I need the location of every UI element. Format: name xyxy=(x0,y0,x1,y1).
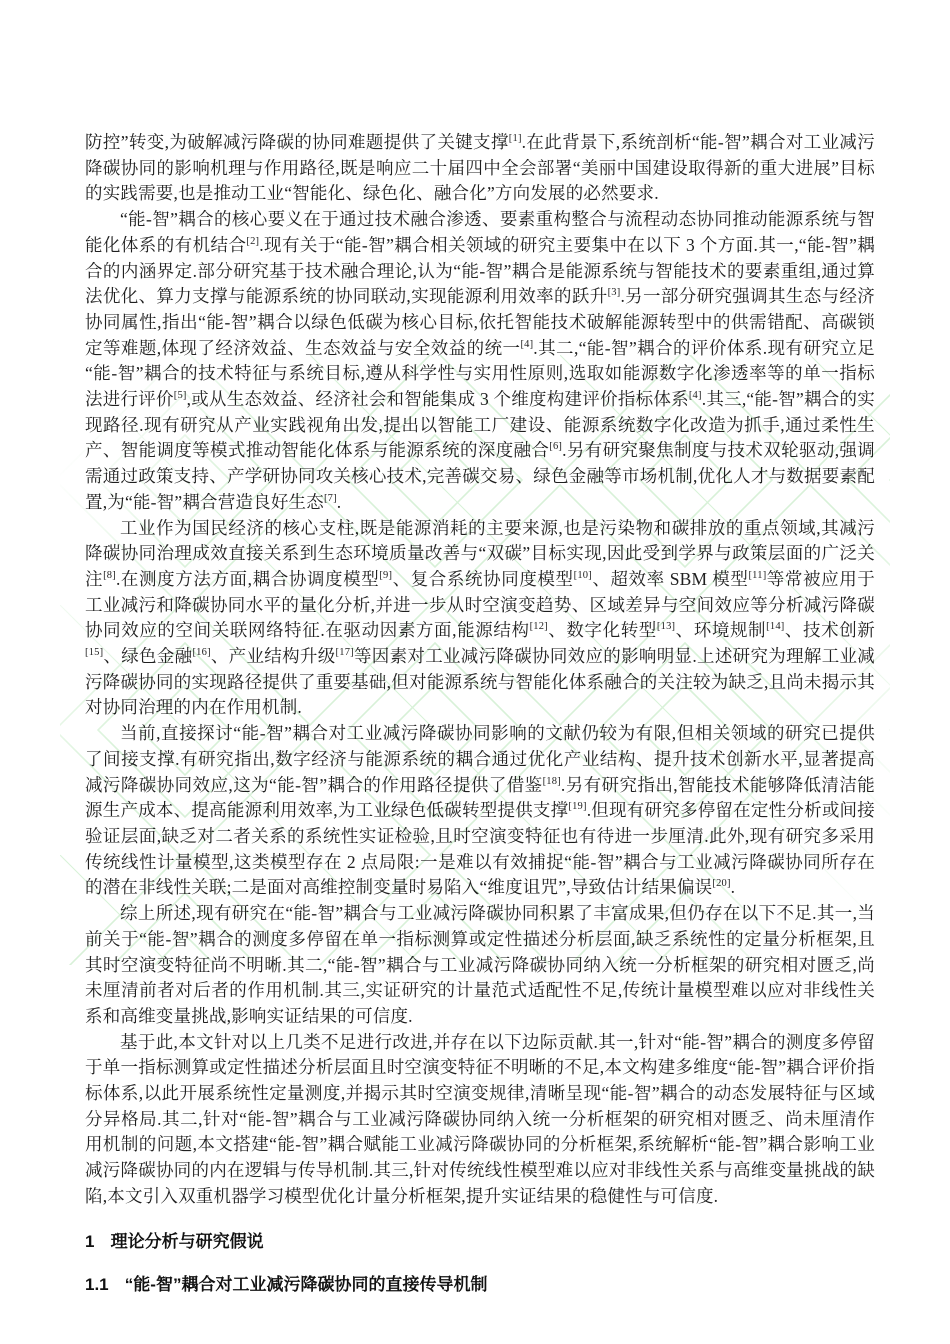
paragraph: 综上所述,现有研究在“能-智”耦合与工业减污降碳协同积累了丰富成果,但仍存在以下… xyxy=(85,901,875,1030)
citation-marker: [13] xyxy=(657,622,675,633)
citation-marker: [8] xyxy=(103,570,116,581)
paragraph: 基于此,本文针对以上几类不足进行改进,并存在以下边际贡献.其一,针对“能-智”耦… xyxy=(85,1030,875,1210)
subsection-title: “能-智”耦合对工业减污降碳协同的直接传导机制 xyxy=(125,1275,488,1294)
paragraph: 防控”转变,为破解减污降碳的协同难题提供了关键支撑[1].在此背景下,系统剖析“… xyxy=(85,130,875,207)
citation-marker: [3] xyxy=(608,287,621,298)
citation-marker: [18] xyxy=(543,776,561,787)
citation-marker: [19] xyxy=(568,801,586,812)
citation-marker: [2] xyxy=(246,236,259,247)
citation-marker: [11] xyxy=(748,570,766,581)
paragraph: 工业作为国民经济的核心支柱,既是能源消耗的主要来源,也是污染物和碳排放的重点领域… xyxy=(85,516,875,722)
section-number: 1 xyxy=(85,1232,94,1251)
citation-marker: [1] xyxy=(509,133,522,144)
paragraph: 当前,直接探讨“能-智”耦合对工业减污降碳协同影响的文献仍较为有限,但相关领域的… xyxy=(85,721,875,901)
citation-marker: [12] xyxy=(530,622,548,633)
citation-marker: [9] xyxy=(379,570,392,581)
subsection-number: 1.1 xyxy=(85,1275,109,1294)
citation-marker: [16] xyxy=(192,647,210,658)
citation-marker: [4] xyxy=(520,339,533,350)
citation-marker: [7] xyxy=(324,493,337,504)
citation-marker: [10] xyxy=(574,570,592,581)
section-heading-1-1: 1.1“能-智”耦合对工业减污降碳协同的直接传导机制 xyxy=(85,1275,875,1295)
paragraph-list: 防控”转变,为破解减污降碳的协同难题提供了关键支撑[1].在此背景下,系统剖析“… xyxy=(85,130,875,1210)
citation-marker: [15] xyxy=(85,647,103,658)
citation-marker: [6] xyxy=(549,442,562,453)
citation-marker: [20] xyxy=(712,879,730,890)
paper-body: 防控”转变,为破解减污降碳的协同难题提供了关键支撑[1].在此背景下,系统剖析“… xyxy=(85,130,875,1295)
section-title: 理论分析与研究假说 xyxy=(111,1232,264,1251)
section-heading-1: 1理论分析与研究假说 xyxy=(85,1232,875,1252)
paper-page: 防控”转变,为破解减污降碳的协同难题提供了关键支撑[1].在此背景下,系统剖析“… xyxy=(0,0,950,1344)
citation-marker: [14] xyxy=(766,622,784,633)
citation-marker: [17] xyxy=(336,647,354,658)
paragraph: “能-智”耦合的核心要义在于通过技术融合渗透、要素重构整合与流程动态协同推动能源… xyxy=(85,207,875,515)
citation-marker: [5] xyxy=(174,390,187,401)
citation-marker: [4] xyxy=(689,390,702,401)
